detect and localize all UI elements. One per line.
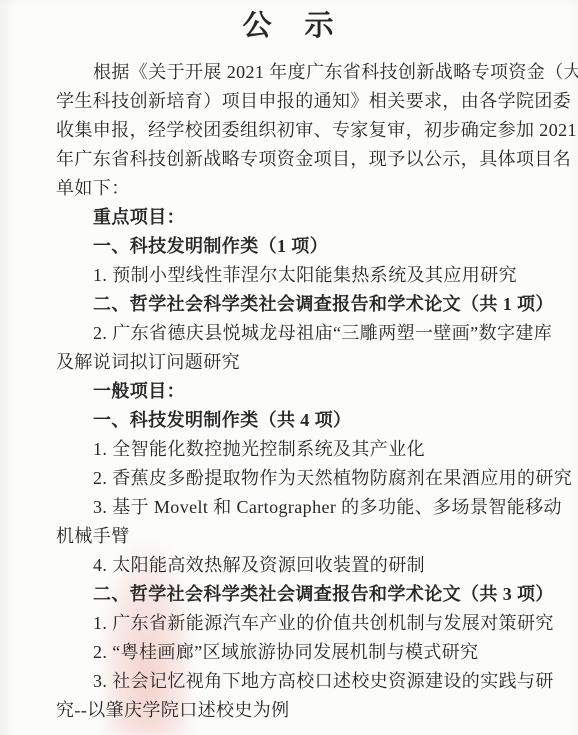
text-line: 1. 预制小型线性菲涅尔太阳能集热系统及其应用研究 (56, 261, 570, 290)
text-line: 年广东省科技创新战略专项资金项目，现予以公示，具体项目名 (56, 145, 570, 174)
text-line: 单如下： (56, 174, 570, 203)
text-line: 2. 广东省德庆县悦城龙母祖庙“三雕两塑一壁画”数字建库 (56, 319, 570, 348)
text-line: 2. “粤桂画廊”区域旅游协同发展机制与模式研究 (56, 638, 570, 667)
text-line: 2. 香蕉皮多酚提取物作为天然植物防腐剂在果酒应用的研究 (56, 464, 570, 493)
text-line: 二、哲学社会科学类社会调查报告和学术论文（共 3 项） (56, 580, 570, 609)
text-line: 机械手臂 (56, 522, 570, 551)
text-line: 一、科技发明制作类（共 4 项） (56, 406, 570, 435)
text-line: 3. 社会记忆视角下地方高校口述校史资源建设的实践与研 (56, 667, 570, 696)
text-line: 1. 广东省新能源汽车产业的价值共创机制与发展对策研究 (56, 609, 570, 638)
page-title: 公 示 (0, 0, 578, 47)
text-line: 根据《关于开展 2021 年度广东省科技创新战略专项资金（大 (56, 58, 570, 87)
text-line: 究--以肇庆学院口述校史为例 (56, 696, 570, 725)
text-line: 4. 太阳能高效热解及资源回收装置的研制 (56, 551, 570, 580)
text-line: 1. 全智能化数控抛光控制系统及其产业化 (56, 435, 570, 464)
text-line: 重点项目： (56, 203, 570, 232)
text-line: 二、哲学社会科学类社会调查报告和学术论文（共 1 项） (56, 290, 570, 319)
announcement-page: 公 示 根据《关于开展 2021 年度广东省科技创新战略专项资金（大学生科技创新… (0, 0, 578, 735)
text-line: 及解说词拟订问题研究 (56, 348, 570, 377)
text-line: 收集申报，经学校团委组织初审、专家复审，初步确定参加 2021 (56, 116, 570, 145)
document-body: 根据《关于开展 2021 年度广东省科技创新战略专项资金（大学生科技创新培育）项… (0, 47, 578, 725)
text-line: 一般项目： (56, 377, 570, 406)
text-line: 学生科技创新培育）项目申报的通知》相关要求，由各学院团委 (56, 87, 570, 116)
text-line: 3. 基于 Movelt 和 Cartographer 的多功能、多场景智能移动 (56, 493, 570, 522)
text-line: 一、科技发明制作类（1 项） (56, 232, 570, 261)
